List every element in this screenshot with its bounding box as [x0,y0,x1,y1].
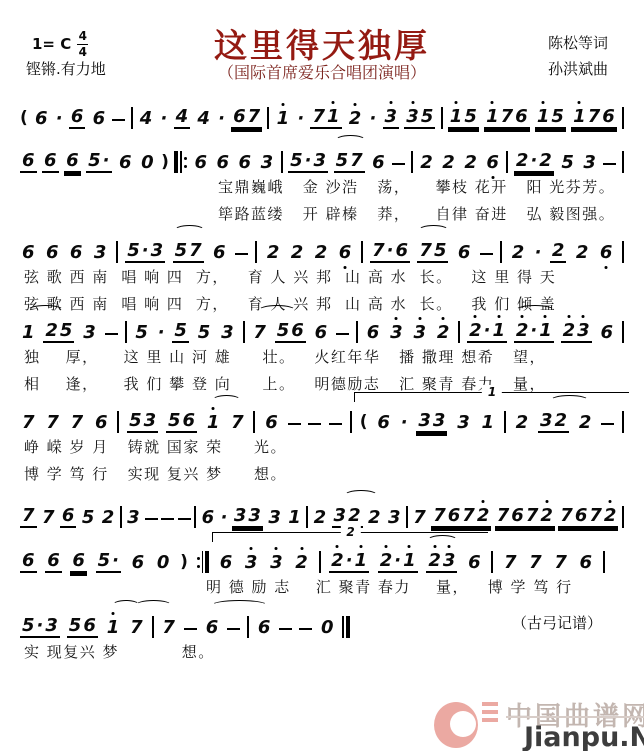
note-group: 7 [44,408,61,433]
note-group: 2 [100,503,117,528]
note-digit: 5 [420,106,435,127]
octave-dot-above [455,101,458,104]
note-group: 56 [166,408,197,433]
note-group: 32 [538,408,569,433]
note-group: 5 [196,318,213,343]
note-group: 57 [173,238,204,263]
octave-dot-above [275,547,278,550]
note-digit: 6 [21,550,36,571]
note-group: 6 [44,238,61,263]
note-group: 6 [237,148,254,173]
note-digit: 1 [287,507,302,528]
note-digit: 5 [463,106,478,127]
note-digit: 6 [61,505,76,526]
note-group: 4 [174,104,191,129]
lyrics-line: 独 厚， 这 里 山 河 雄 壮。 火红年华 播 撒理 想希 望， [20,345,624,370]
barline [243,318,245,343]
note-digit: 1 [572,106,587,127]
note-digit: 2 [427,550,442,571]
note-digit: 5 [550,106,565,127]
duration-dash [112,104,125,129]
barline [116,238,118,263]
barline [504,408,506,433]
barline [356,318,358,343]
lyrics-line: 博 学 笃 行 实现 复兴 梦 想。 [20,462,624,487]
note-digit: 5 [59,320,74,341]
octave-dot-above [300,547,303,550]
parenthesis: ( [20,104,28,129]
note-group: 7672 [558,503,618,528]
note-digit: 3 [260,152,275,173]
note-digit: 6 [290,320,305,341]
note-group: 6 [578,548,595,573]
note-group: 6 [456,238,473,263]
note-digit: 7 [349,150,364,171]
barline [319,548,321,573]
duration-dash [161,503,174,528]
repeat-begin-sign [174,148,187,173]
note-digit: 2 [468,320,483,341]
note-digit: 6 [485,152,500,173]
note-group: 3 [92,238,109,263]
note-digit: 2 [441,152,456,173]
note-digit: 6 [264,412,279,433]
note-digit: 6 [21,242,36,263]
note-digit: 6 [131,552,146,573]
note-digit: 6 [579,552,594,573]
note-digit: 7 [503,552,518,573]
score-system: 7765236·3331232237767276727672 [20,487,624,528]
score-system: 77765356176(6·333123221峥 嵘 岁 月 铸就 国家 荣 光… [20,392,624,487]
note-digit: 2 [314,242,329,263]
note-digit: 7 [525,505,540,526]
note-group: 2·1 [467,318,507,343]
barline [622,238,624,263]
sheet-music-page: 1= C44 铿锵.有力地 这里得天独厚 （国际首席爱乐合唱团演唱） 陈松等词 … [0,0,644,751]
note-group: 5 [133,318,150,343]
note-group: 7·6 [370,238,410,263]
note-group: 0 [319,613,336,638]
barline [603,548,605,573]
note-digit: 6 [599,242,614,263]
augmentation-dot: · [102,150,111,171]
watermark: 中国曲谱网 Jianpu.Net [428,694,644,751]
note-group: 3 [268,548,285,573]
note-digit: 2 [539,505,554,526]
barline [117,408,119,433]
note-group: 15 [448,104,479,129]
note-digit: 2 [603,505,618,526]
slur-arc [27,305,64,316]
note-digit: 6 [314,322,329,343]
note-group: 3 [386,503,403,528]
note-group: 3 [383,104,400,129]
repeat-end-sign [197,548,210,573]
note-group: 7 [229,408,246,433]
music-line: 6665·60)66635·357622262·253 [20,132,624,173]
note-digit: 2 [101,507,116,528]
note-digit: 3 [233,505,248,526]
repeat-thin-bar [342,616,344,638]
octave-dot-above [389,101,392,104]
parenthesis: ) [180,548,188,573]
note-group: 7672 [431,503,491,528]
octave-dot-above [497,315,500,318]
note-digit: 2 [436,322,451,343]
note-digit: 5 [81,507,96,528]
note-digit: 1 [21,322,36,343]
barline [458,318,460,343]
octave-dot-above [411,101,414,104]
note-digit: 2 [538,150,553,171]
repeat-thick-bar [346,616,350,638]
note-group: 2 [293,548,310,573]
note-group: 6 [60,503,77,528]
note-digit: 7 [432,505,447,526]
note-group: 6 [484,148,501,173]
augmentation-dot: · [534,238,543,263]
note-digit: 1 [485,106,500,127]
barline [253,408,255,433]
note-digit: 2 [562,320,577,341]
note-group: 2 [510,238,527,263]
note-group: 6 [69,104,86,129]
duration-dash [603,148,616,173]
duration-dash [178,503,191,528]
note-digit: 6 [215,152,230,173]
note-group: 6 [375,408,392,433]
note-group: 3 [266,503,283,528]
note-digit: 2 [515,150,530,171]
octave-dot-below [343,266,346,269]
barline [622,148,624,173]
final-barline [342,613,350,638]
note-digit: 3 [313,150,328,171]
augmentation-dot: · [296,104,305,129]
note-digit: 1 [538,320,553,341]
note-digit: 6 [34,108,49,129]
note-digit: 7 [311,106,326,127]
octave-dot-below [605,266,608,269]
slur-arc [418,225,449,236]
note-digit: 3 [333,505,348,526]
barline [306,503,308,528]
music-line: 77765356176(6·333123221 [20,392,624,433]
barline [152,613,154,638]
note-digit: 1 [206,412,221,433]
octave-dot-above [542,101,545,104]
note-digit: 6 [118,152,133,173]
octave-dot-above [281,103,284,106]
note-group: 2 [265,238,282,263]
note-group: 2 [574,238,591,263]
slur-arc [174,225,205,236]
note-digit: 6 [574,505,589,526]
augmentation-dot: · [111,550,120,571]
note-group: 6 [214,148,231,173]
barline [622,104,624,129]
note-group: 6 [117,148,134,173]
barline [267,104,269,129]
score-system: (6·664·44·671·712·3351517615176 [20,88,624,129]
note-digit: 1 [354,550,369,571]
octave-dot-above [111,612,114,615]
note-digit: 5 [173,320,188,341]
note-digit: 7 [45,412,60,433]
note-group: 6 [20,238,37,263]
note-group: 2 [347,104,364,129]
note-group: 6 [598,318,615,343]
note-group: 6 [218,548,235,573]
slur-arc [211,600,268,611]
note-group: 6 [68,238,85,263]
note-digit: 6 [193,152,208,173]
note-digit: 5 [128,410,143,431]
note-digit: 7 [418,240,433,261]
note-digit: 3 [582,152,597,173]
note-group: 7 [552,548,569,573]
octave-dot-below [491,176,494,179]
note-group: 3 [259,148,276,173]
note-digit: 6 [92,108,107,129]
note-group: 6 [466,548,483,573]
note-digit: 2 [511,242,526,263]
note-digit: 2 [294,552,309,573]
barline [247,613,249,638]
duration-dash [105,318,118,343]
note-group: 7672 [495,503,555,528]
duration-dash [145,503,158,528]
augmentation-dot: · [483,320,492,341]
note-group: 7 [527,548,544,573]
octave-dot-above [474,315,477,318]
volta-number: 2 [340,525,360,539]
note-group: 1 [286,503,303,528]
note-group: 6 [365,318,382,343]
note-digit: 6 [219,552,234,573]
note-group: 6 [45,548,62,573]
augmentation-dot: · [36,615,45,636]
note-digit: 7 [371,240,386,261]
note-group: 6 [263,408,280,433]
music-line: 66635·357622267·67562·226 [20,222,624,263]
note-digit: 5 [335,150,350,171]
octave-dot-above [482,500,485,503]
octave-dot-above [359,545,362,548]
note-group: 3 [125,503,142,528]
note-digit: 4 [196,108,211,129]
note-group: 2·1 [514,318,554,343]
volta-bracket: 2 [212,532,488,542]
note-group: 3 [219,318,236,343]
note-digit: 5 [276,320,291,341]
octave-dot-above [567,315,570,318]
note-digit: 3 [387,507,402,528]
octave-dot-above [212,407,215,410]
note-digit: 6 [65,150,80,171]
octave-dot-above [408,545,411,548]
note-digit: 3 [405,106,420,127]
note-group: 6 [192,148,209,173]
note-digit: 3 [442,550,457,571]
augmentation-dot: · [304,150,313,171]
watermark-site-name-en: Jianpu.Net [524,722,644,751]
note-digit: 2 [348,108,363,129]
octave-dot-above [395,317,398,320]
duration-dash [227,613,240,638]
note-group: 6 [337,238,354,263]
note-group: 7 [502,548,519,573]
note-group: 7 [20,503,37,528]
note-digit: 2 [330,550,345,571]
note-group: 6 [20,148,37,173]
note-digit: 5 [433,240,448,261]
note-digit: 3 [384,106,399,127]
note-group: 6 [211,238,228,263]
composer-credit: 孙洪斌曲 [548,56,608,82]
music-line: 7765236·3331232237767276727672 [20,487,624,528]
note-digit: 3 [456,412,471,433]
note-group: 2 [313,238,330,263]
note-group: 75 [417,238,448,263]
augmentation-dot: · [217,104,226,129]
augmentation-dot: · [386,240,395,261]
slur-arc [344,490,378,501]
note-digit: 6 [43,150,58,171]
note-digit: 1 [536,106,551,127]
duration-dash [235,238,248,263]
note-digit: 7 [70,412,85,433]
score-system: 12535·553756663322·12·1236独 厚， 这 里 山 河 雄… [20,302,624,397]
note-group: 6 [598,238,615,263]
note-group: 2 [418,148,435,173]
note-group: 0 [139,148,156,173]
barline [500,238,502,263]
barline [441,104,443,129]
note-group: 6 [256,613,273,638]
note-digit: 0 [320,617,335,638]
augmentation-dot: · [55,104,64,129]
note-group: 2 [435,318,452,343]
lyrics-line: 弦 歌 西 南 唱 响 四 方， 育 人 兴 邦 山 高 水 长。 这 里 得 … [20,265,624,290]
note-digit: 7 [559,505,574,526]
note-group: 176 [484,104,530,129]
barline [411,148,413,173]
note-digit: 7 [161,617,176,638]
barline [350,408,352,433]
note-group: 6 [70,548,87,573]
note-digit: 5 [174,240,189,261]
note-group: 23 [561,318,592,343]
note-digit: 2 [476,505,491,526]
repeat-thin-bar [180,151,182,173]
note-group: 5· [96,548,121,573]
note-group: 4 [195,104,212,129]
note-group: 5· [86,148,111,173]
octave-dot-above [442,317,445,320]
note-digit: 6 [94,412,109,433]
repeat-dots [197,551,200,573]
notation-credit: （古弓记谱） [512,612,602,633]
note-group: 2 [514,408,531,433]
note-digit: 2 [575,242,590,263]
note-group: 33 [232,503,263,528]
duration-dash [329,408,342,433]
note-group: 6 [313,318,330,343]
note-group: 3 [411,318,428,343]
note-group: 2 [289,238,306,263]
note-group: 6 [130,548,147,573]
note-group: 3 [388,318,405,343]
barline [131,104,133,129]
note-digit: 3 [576,320,591,341]
note-group: 56 [275,318,306,343]
note-group: 2 [577,408,594,433]
barline [622,408,624,433]
note-group: 33 [416,408,447,433]
note-group: 2 [312,503,329,528]
music-line: (6·664·44·671·712·3351517615176 [20,88,624,129]
note-digit: 1 [276,108,291,129]
note-digit: 6 [71,550,86,571]
note-digit: 6 [510,505,525,526]
note-digit: 7 [553,552,568,573]
note-group: 2 [462,148,479,173]
note-digit: 5 [134,322,149,343]
note-digit: 2 [290,242,305,263]
augmentation-dot: · [157,318,166,343]
music-line: 6665·60)63322·12·123677762 [20,532,605,573]
note-digit: 2 [578,412,593,433]
score-system: 6665·60)66635·357622262·253宝鼎巍峨 金 沙浩 荡， … [20,132,624,227]
note-group: 25 [43,318,74,343]
note-digit: 2 [515,320,530,341]
augmentation-dot: · [220,503,229,528]
note-digit: 7 [500,106,515,127]
barline [491,548,493,573]
augmentation-dot: · [393,550,402,571]
note-digit: 2 [554,410,569,431]
music-line: 12535·553756663322·12·1236 [20,302,624,343]
slur-arc [258,305,296,316]
note-digit: 0 [156,552,171,573]
note-group: 15 [535,104,566,129]
note-digit: 0 [140,152,155,173]
parenthesis: ( [360,408,368,433]
note-group: 2 [440,148,457,173]
repeat-thick-bar [205,551,209,573]
note-digit: 6 [601,106,616,127]
note-digit: 7 [188,240,203,261]
lyricist-credit: 陈松等词 [548,30,608,56]
note-group: 6 [200,503,217,528]
slur-arc [212,395,241,406]
note-digit: 7 [230,412,245,433]
duration-dash [308,408,321,433]
lyrics-line: 实 现复兴 梦 想。 [20,640,350,665]
octave-dot-above [582,315,585,318]
note-digit: 3 [417,410,432,431]
note-digit: 6 [376,412,391,433]
augmentation-dot: · [368,104,377,129]
note-digit: 4 [139,108,154,129]
note-group: 5·3 [288,148,328,173]
watermark-logo-bars-icon [482,702,498,722]
barline [125,318,127,343]
note-digit: 7 [129,617,144,638]
note-digit: 3 [150,240,165,261]
duration-dash [288,408,301,433]
